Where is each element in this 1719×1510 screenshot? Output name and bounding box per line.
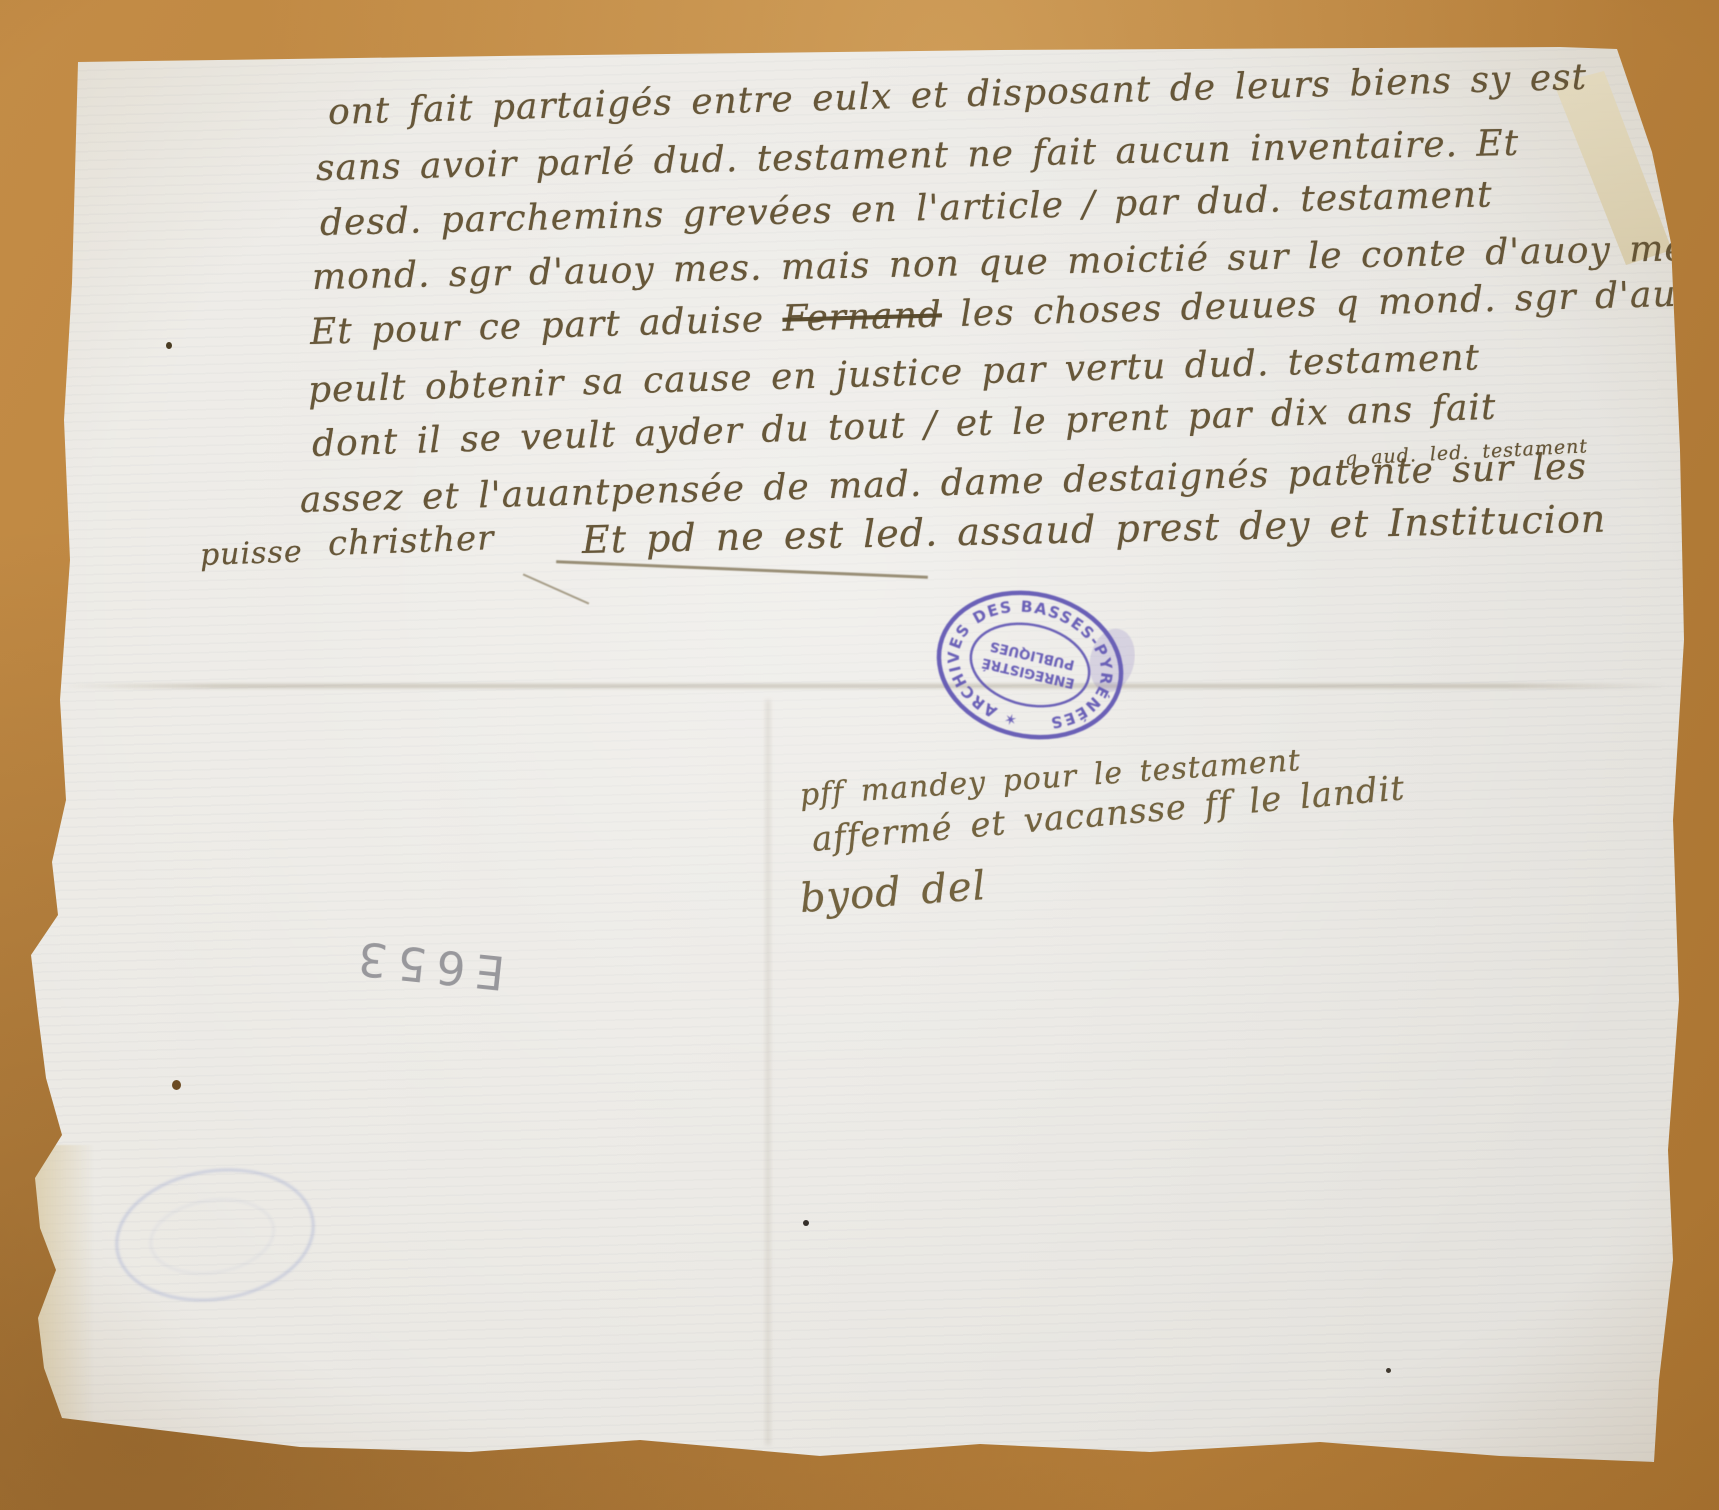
faint-oval-stamp xyxy=(100,1158,330,1313)
archive-stamp: ✶ ARCHIVES DES BASSES-PYRÉNÉES ENREGISTR… xyxy=(925,576,1135,754)
horizontal-fold-crease xyxy=(60,684,1670,688)
torn-left-edge-flap xyxy=(28,1145,94,1437)
signature-line-3: byod del xyxy=(798,863,987,922)
manuscript-line-9-word: christher xyxy=(327,518,495,564)
paper-speck xyxy=(172,1080,181,1090)
underline-flourish-tail xyxy=(523,573,590,604)
faint-stamp-inner-outline xyxy=(145,1191,279,1282)
manuscript-photo: ont fait partaigés entre eulx et disposa… xyxy=(0,0,1719,1510)
pencil-shelfmark: E653 xyxy=(346,930,508,1000)
paper-speck xyxy=(166,342,172,349)
underline-flourish xyxy=(556,560,928,579)
paper-speck xyxy=(803,1220,809,1226)
paper-speck xyxy=(1386,1368,1391,1373)
line-5-struck-word: Fernand xyxy=(782,294,942,339)
manuscript-line-1: ont fait partaigés entre eulx et disposa… xyxy=(327,57,1587,133)
vertical-fold-crease xyxy=(766,700,770,1445)
margin-word: puisse xyxy=(199,534,303,573)
faint-stamp-outline xyxy=(107,1158,323,1313)
manuscript-paper-sheet: ont fait partaigés entre eulx et disposa… xyxy=(0,0,1719,1510)
line-5-prefix: Et pour ce part aduise xyxy=(309,299,783,353)
